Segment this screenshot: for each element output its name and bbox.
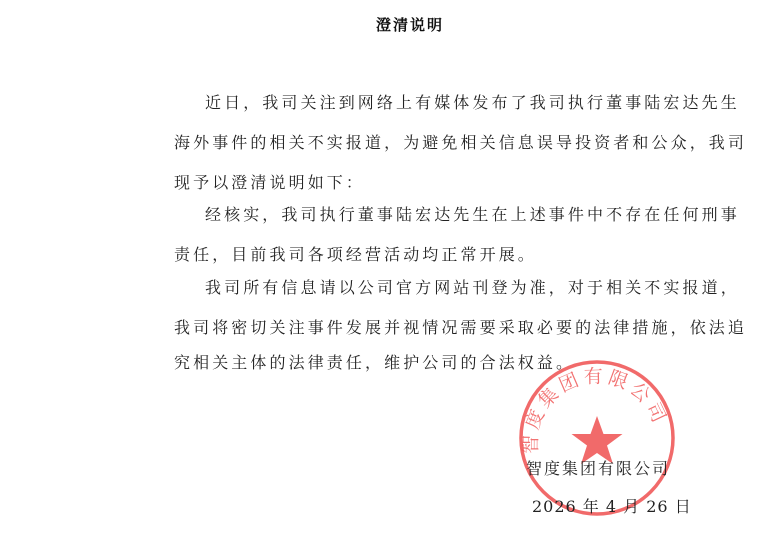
paragraph-1-line-1: 近日，我司关注到网络上有媒体发布了我司执行董事陆宏达先生 — [205, 90, 740, 113]
signature-date: 2026 年 4 月 26 日 — [532, 494, 692, 517]
paragraph-1-line-2: 海外事件的相关不实报道，为避免相关信息误导投资者和公众，我司 — [174, 130, 747, 153]
paragraph-2-line-1: 经核实，我司执行董事陆宏达先生在上述事件中不存在任何刑事 — [205, 202, 740, 225]
paragraph-3-line-3: 究相关主体的法律责任，维护公司的合法权益。 — [174, 350, 575, 373]
paragraph-3-line-1: 我司所有信息请以公司官方网站刊登为准，对于相关不实报道， — [205, 275, 740, 298]
signature-company: 智度集团有限公司 — [526, 456, 670, 479]
document-title: 澄清说明 — [0, 14, 771, 35]
paragraph-1-line-3: 现予以澄清说明如下： — [174, 170, 365, 193]
paragraph-2-line-2: 责任，目前我司各项经营活动均正常开展。 — [174, 242, 537, 265]
paragraph-3-line-2: 我司将密切关注事件发展并视情况需要采取必要的法律措施，依法追 — [174, 315, 747, 338]
